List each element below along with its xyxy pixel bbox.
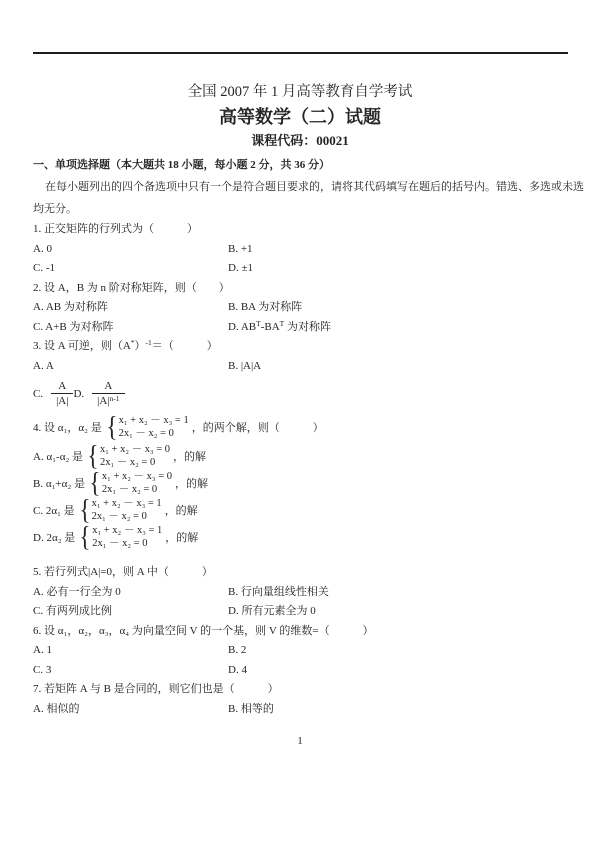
q4-c-eq2: 2x₁ － x₂ = 0 xyxy=(92,510,162,523)
brace-icon: { xyxy=(106,414,117,440)
brace-icon: { xyxy=(79,497,90,523)
exam-title: 高等数学（二）试题 xyxy=(0,104,600,130)
question-1-stem: 1. 正交矩阵的行列式为（ ） xyxy=(0,220,600,240)
q3-c-denominator: |A| xyxy=(51,393,73,409)
q4-d-eq2: 2x₁ － x₂ = 0 xyxy=(92,537,162,550)
q5-option-c: C. 有两列成比例 xyxy=(33,602,228,622)
q2-option-d: D. ABT-BAT 为对称阵 xyxy=(228,318,331,338)
brace-icon: { xyxy=(87,443,98,469)
question-6-stem: 6. 设 α₁，α₂，α₃，α₄ 为向量空间 V 的一个基，则 V 的维数=（ … xyxy=(0,622,600,642)
q4-option-a: A. α₁-α₂ 是 {x₁ + x₂ － x₃ = 02x₁ － x₂ = 0… xyxy=(0,442,600,469)
q4-d-text: D. 2α₂ 是 xyxy=(33,529,75,545)
q4-c-eq1: x₁ + x₂ － x₃ = 1 xyxy=(92,497,162,510)
q3-d-den-base: |A| xyxy=(97,395,109,407)
q4-stem-text2: ，的两个解，则（ ） xyxy=(192,419,324,435)
q4-c-system: {x₁ + x₂ － x₃ = 12x₁ － x₂ = 0 xyxy=(78,497,162,523)
brace-icon: { xyxy=(89,470,100,496)
q4-a-text: A. α₁-α₂ 是 xyxy=(33,448,83,464)
q2-d-text3: 为对称阵 xyxy=(284,321,331,333)
q3-d-numerator: A xyxy=(99,379,117,393)
exam-page: 全国 2007 年 1 月高等教育自学考试 高等数学（二）试题 课程代码：000… xyxy=(0,0,600,848)
question-6-options-ab: A. 1 B. 2 xyxy=(0,641,600,661)
question-3-options-cd: C. A |A| D. A |A|n-1 xyxy=(0,376,600,412)
q4-option-b: B. α₁+α₂ 是 {x₁ + x₂ － x₃ = 02x₁ － x₂ = 0… xyxy=(0,469,600,496)
question-3-options-ab: A. A B. |A|A xyxy=(0,357,600,377)
q4-a-text2: ，的解 xyxy=(173,448,206,464)
q4-d-text2: ，的解 xyxy=(165,529,198,545)
q7-option-b: B. 相等的 xyxy=(228,700,274,720)
q2-d-text2: -BA xyxy=(261,321,280,333)
q3-stem-text: 3. 设 A 可逆，则（A xyxy=(33,340,131,352)
q3-c-fraction: A |A| xyxy=(51,379,73,409)
q1-option-b: B. +1 xyxy=(228,240,253,260)
q4-option-c: C. 2α₁ 是 {x₁ + x₂ － x₃ = 12x₁ － x₂ = 0 ，… xyxy=(0,496,600,523)
q3-d-denominator: |A|n-1 xyxy=(92,393,124,409)
brace-icon: { xyxy=(80,524,91,550)
question-5-options-cd: C. 有两列成比例 D. 所有元素全为 0 xyxy=(0,602,600,622)
q4-b-text2: ，的解 xyxy=(175,475,208,491)
q1-option-d: D. ±1 xyxy=(228,259,253,279)
q4-a-eq1: x₁ + x₂ － x₃ = 0 xyxy=(100,443,170,456)
q2-d-sup-t2: T xyxy=(280,319,285,328)
question-7-stem: 7. 若矩阵 A 与 B 是合同的，则它们也是（ ） xyxy=(0,680,600,700)
q1-option-c: C. -1 xyxy=(33,259,228,279)
q2-d-sup-t1: T xyxy=(256,319,261,328)
q3-c-label: C. xyxy=(33,388,43,400)
header-rule xyxy=(33,52,568,54)
q5-option-d: D. 所有元素全为 0 xyxy=(228,602,316,622)
q7-option-a: A. 相似的 xyxy=(33,700,228,720)
q3-stem-text3: ＝（ ） xyxy=(152,340,218,352)
q3-option-b: B. |A|A xyxy=(228,357,261,377)
exam-session-title: 全国 2007 年 1 月高等教育自学考试 xyxy=(0,80,600,104)
q2-option-a: A. AB 为对称阵 xyxy=(33,298,228,318)
q3-stem-sup-inv: -1 xyxy=(146,338,152,347)
q6-option-b: B. 2 xyxy=(228,641,246,661)
q3-option-a: A. A xyxy=(33,357,228,377)
q4-c-text: C. 2α₁ 是 xyxy=(33,502,75,518)
q2-option-c: C. A+B 为对称阵 xyxy=(33,318,228,338)
q1-option-a: A. 0 xyxy=(33,240,228,260)
q4-b-system: {x₁ + x₂ － x₃ = 02x₁ － x₂ = 0 xyxy=(88,470,172,496)
q4-d-eq1: x₁ + x₂ － x₃ = 1 xyxy=(92,524,162,537)
exam-header: 全国 2007 年 1 月高等教育自学考试 高等数学（二）试题 课程代码：000… xyxy=(0,80,600,151)
q4-a-eq2: 2x₁ － x₂ = 0 xyxy=(100,456,170,469)
course-code: 课程代码：00021 xyxy=(0,130,600,151)
q4-stem-eq2: 2x₁ － x₂ = 0 xyxy=(119,427,189,440)
q4-c-text2: ，的解 xyxy=(165,502,198,518)
section-heading: 一、单项选择题（本大题共 18 小题，每小题 2 分，共 36 分） xyxy=(0,155,600,176)
q4-d-system: {x₁ + x₂ － x₃ = 12x₁ － x₂ = 0 xyxy=(78,524,162,550)
question-1-options-cd: C. -1 D. ±1 xyxy=(0,259,600,279)
section-instructions-line1: 在每小题列出的四个备选项中只有一个是符合题目要求的，请将其代码填写在题后的括号内… xyxy=(0,176,600,198)
section-instructions-line2: 均无分。 xyxy=(0,198,600,220)
question-3-stem: 3. 设 A 可逆，则（A*）-1＝（ ） xyxy=(0,337,600,357)
question-2-stem: 2. 设 A，B 为 n 阶对称矩阵，则（ ） xyxy=(0,279,600,299)
question-2-options-ab: A. AB 为对称阵 B. BA 为对称阵 xyxy=(0,298,600,318)
q6-option-d: D. 4 xyxy=(228,661,247,681)
q3-option-c: C. A |A| xyxy=(33,379,73,409)
q3-d-fraction: A |A|n-1 xyxy=(92,379,124,409)
q3-stem-text2: ） xyxy=(135,340,146,352)
q5-option-a: A. 必有一行全为 0 xyxy=(33,583,228,603)
page-number: 1 xyxy=(0,734,600,748)
exam-body: 一、单项选择题（本大题共 18 小题，每小题 2 分，共 36 分） 在每小题列… xyxy=(0,155,600,719)
question-5-stem: 5. 若行列式|A|=0，则 A 中（ ） xyxy=(0,563,600,583)
q2-option-b: B. BA 为对称阵 xyxy=(228,298,302,318)
question-2-options-cd: C. A+B 为对称阵 D. ABT-BAT 为对称阵 xyxy=(0,318,600,338)
q4-option-d: D. 2α₂ 是 {x₁ + x₂ － x₃ = 12x₁ － x₂ = 0 ，… xyxy=(0,523,600,550)
q5-option-b: B. 行向量组线性相关 xyxy=(228,583,329,603)
q3-option-d: D. A |A|n-1 xyxy=(73,379,124,409)
question-6-options-cd: C. 3 D. 4 xyxy=(0,661,600,681)
q3-d-label: D. xyxy=(73,388,84,400)
q4-b-eq2: 2x₁ － x₂ = 0 xyxy=(102,483,172,496)
q6-option-a: A. 1 xyxy=(33,641,228,661)
q4-stem-system: {x₁ + x₂ － x₃ = 12x₁ － x₂ = 0 xyxy=(105,414,189,440)
question-5-options-ab: A. 必有一行全为 0 B. 行向量组线性相关 xyxy=(0,583,600,603)
q3-stem-sup-star: * xyxy=(131,338,135,347)
q4-stem-text: 4. 设 α₁，α₂ 是 xyxy=(33,419,102,435)
q6-option-c: C. 3 xyxy=(33,661,228,681)
question-7-options-ab: A. 相似的 B. 相等的 xyxy=(0,700,600,720)
q4-a-system: {x₁ + x₂ － x₃ = 02x₁ － x₂ = 0 xyxy=(86,443,170,469)
q4-stem-eq1: x₁ + x₂ － x₃ = 1 xyxy=(119,414,189,427)
question-1-options-ab: A. 0 B. +1 xyxy=(0,240,600,260)
q3-d-den-exponent: n-1 xyxy=(110,394,120,403)
q4-b-text: B. α₁+α₂ 是 xyxy=(33,475,85,491)
question-4-stem: 4. 设 α₁，α₂ 是 {x₁ + x₂ － x₃ = 12x₁ － x₂ =… xyxy=(0,412,600,442)
q3-c-numerator: A xyxy=(53,379,71,393)
q2-d-text: D. AB xyxy=(228,321,256,333)
q4-b-eq1: x₁ + x₂ － x₃ = 0 xyxy=(102,470,172,483)
